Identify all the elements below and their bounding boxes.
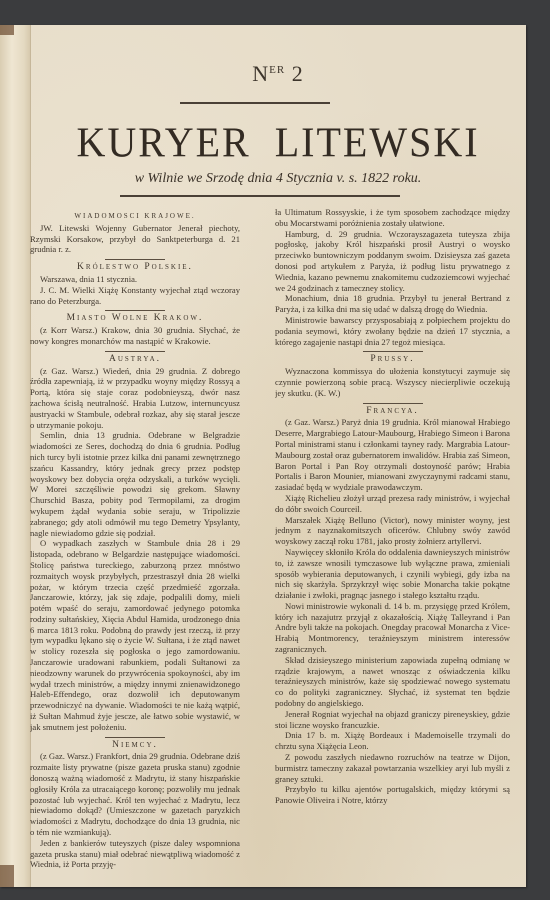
page-binding-edge	[0, 25, 31, 887]
article-paragraph: Semlin, dnia 13 grudnia. Odebrane w Belg…	[30, 430, 240, 538]
section-heading: Prussy.	[275, 354, 510, 365]
article-paragraph: Xiążę Richelieu złożył urząd prezesa rad…	[275, 493, 510, 515]
article-paragraph: Dnia 17 b. m. Xiążę Bordeaux i Mademoise…	[275, 730, 510, 752]
masthead-rule-top	[180, 102, 330, 104]
issue-number-value: 2	[292, 61, 304, 86]
article-paragraph: Naywięcey skłoniło Króla do oddalenia da…	[275, 547, 510, 601]
article-paragraph: Warszawa, dnia 11 stycznia.	[30, 274, 240, 285]
section-heading: Francya.	[275, 406, 510, 417]
article-paragraph: Nowi ministrowie wykonali d. 14 b. m. pr…	[275, 601, 510, 655]
article-paragraph: Wyznaczona kommissya do ułożenia konstyt…	[275, 366, 510, 398]
dateline: w Wilnie we Srzodę dnia 4 Stycznia v. s.…	[30, 171, 526, 187]
article-paragraph: (z Gaz. Warsz.) Frankfort, dnia 29 grudn…	[30, 751, 240, 837]
binding-stain-bottom	[0, 865, 14, 887]
binding-stain-top	[0, 25, 14, 35]
section-divider	[105, 351, 165, 352]
section-divider	[105, 259, 165, 260]
issue-sup: ER	[269, 64, 285, 76]
section-divider	[105, 310, 165, 311]
title-word-1: KURYER	[76, 119, 250, 166]
article-paragraph: Z powodu zaszłych niedawno rozruchów na …	[275, 752, 510, 784]
article-paragraph: (z Korr Warsz.) Krakow, dnia 30 grudnia.…	[30, 325, 240, 347]
left-column: WIADOMOSCI KRAJOWE.JW. Litewski Wojenny …	[30, 207, 240, 870]
article-paragraph: Skład dzisieyszego ministerium zapowiada…	[275, 655, 510, 709]
article-paragraph: Hamburg, d. 29 grudnia. Wczorayszagazeta…	[275, 229, 510, 294]
newspaper-title: KURYERLITEWSKI	[30, 118, 526, 167]
article-paragraph: (z Gaz. Warsz.) Wiedeń, dnia 29 grudnia.…	[30, 366, 240, 431]
article-paragraph: Ministrowie bawarscy przysposabiają z po…	[275, 315, 510, 347]
article-paragraph: ła Ultimatum Rossyyskie, i że tym sposob…	[275, 207, 510, 229]
section-heading: Austrya.	[30, 354, 240, 365]
section-heading: Niemcy.	[30, 740, 240, 751]
section-heading: WIADOMOSCI KRAJOWE.	[30, 211, 240, 222]
article-paragraph: Przybyło tu kilku ajentów portugalskich,…	[275, 784, 510, 806]
article-paragraph: Marszałek Xiążę Belluno (Victor), nowy m…	[275, 515, 510, 547]
article-paragraph: Jenerał Rogniat wyjechał na objazd grani…	[275, 709, 510, 731]
section-divider	[105, 737, 165, 738]
section-divider	[363, 351, 423, 352]
issue-number: NER 2	[30, 61, 526, 87]
article-paragraph: JW. Litewski Wojenny Gubernator Jenerał …	[30, 223, 240, 255]
masthead: NER 2 KURYERLITEWSKI w Wilnie we Srzodę …	[30, 25, 526, 200]
article-paragraph: (z Gaz. Warsz.) Paryż dnia 19 grudnia. K…	[275, 417, 510, 493]
section-heading: Miasto Wolne Krakow.	[30, 313, 240, 324]
issue-prefix: N	[252, 61, 269, 86]
newspaper-page: NER 2 KURYERLITEWSKI w Wilnie we Srzodę …	[0, 25, 526, 887]
article-columns: WIADOMOSCI KRAJOWE.JW. Litewski Wojenny …	[30, 207, 526, 847]
title-word-2: LITEWSKI	[275, 119, 480, 166]
masthead-rule-bottom	[120, 195, 400, 197]
right-column: ła Ultimatum Rossyyskie, i że tym sposob…	[275, 207, 510, 806]
article-paragraph: J. C. M. Wielki Xiążę Konstanty wyjechał…	[30, 285, 240, 307]
section-divider	[363, 403, 423, 404]
section-heading: Królestwo Polskie.	[30, 262, 240, 273]
article-paragraph: Monachium, dnia 18 grudnia. Przybył tu j…	[275, 293, 510, 315]
article-paragraph: O wypadkach zaszłych w Stambule dnia 28 …	[30, 538, 240, 732]
article-paragraph: Jeden z bankierów tuteyszych (pisze dale…	[30, 838, 240, 870]
